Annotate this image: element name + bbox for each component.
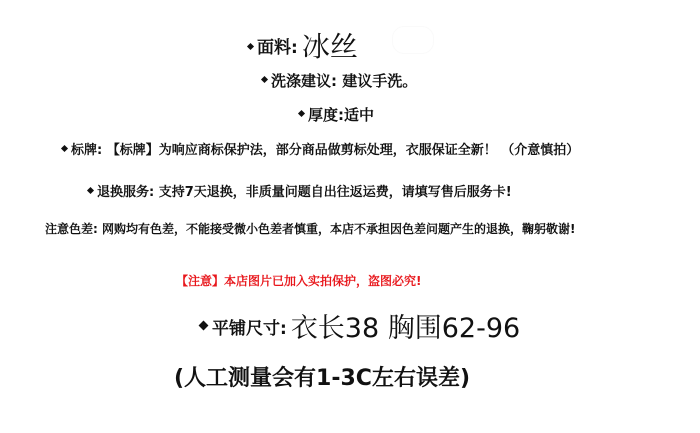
size-value: 衣长38 胸围62-96 xyxy=(291,313,520,344)
measure-note-text: (人工测量会有1-3C左右误差) xyxy=(174,366,470,391)
diamond-bullet-icon xyxy=(298,110,305,117)
diamond-bullet-icon xyxy=(199,320,209,330)
size-label: 平铺尺寸: xyxy=(212,319,287,339)
fabric-label: 面料: xyxy=(257,38,298,58)
tag-text: 标牌: 【标牌】为响应商标保护法，部分商品做剪标处理，衣服保证全新！ （介意慎拍… xyxy=(71,143,579,158)
color-note-text: 注意色差: 网购均有色差，不能接受微小色差者慎重，本店不承担因色差问题产生的退换… xyxy=(45,222,575,236)
tag-line: 标牌: 【标牌】为响应商标保护法，部分商品做剪标处理，衣服保证全新！ （介意慎拍… xyxy=(62,144,579,157)
measure-note-line: (人工测量会有1-3C左右误差) xyxy=(174,368,470,390)
fabric-value: 冰丝 xyxy=(302,30,358,63)
warning-text: 【注意】本店图片已加入实拍保护，盗图必究! xyxy=(176,274,421,288)
wash-text: 洗涤建议: 建议手洗。 xyxy=(271,72,417,90)
diamond-bullet-icon xyxy=(61,145,68,152)
wash-line: 洗涤建议: 建议手洗。 xyxy=(262,74,417,89)
thickness-line: 厚度:适中 xyxy=(299,108,374,123)
fabric-line: 面料:冰丝 xyxy=(248,30,358,58)
size-line: 平铺尺寸:衣长38 胸围62-96 xyxy=(200,312,520,339)
diamond-bullet-icon xyxy=(87,187,94,194)
thickness-text: 厚度:适中 xyxy=(308,106,374,124)
faint-watermark xyxy=(392,26,434,54)
color-note-line: 注意色差: 网购均有色差，不能接受微小色差者慎重，本店不承担因色差问题产生的退换… xyxy=(45,223,575,235)
returns-text: 退换服务: 支持7天退换，非质量问题自出往返运费，请填写售后服务卡! xyxy=(97,185,512,200)
warning-line: 【注意】本店图片已加入实拍保护，盗图必究! xyxy=(176,275,421,287)
diamond-bullet-icon xyxy=(261,76,268,83)
diamond-bullet-icon xyxy=(247,42,254,49)
returns-line: 退换服务: 支持7天退换，非质量问题自出往返运费，请填写售后服务卡! xyxy=(88,186,512,199)
